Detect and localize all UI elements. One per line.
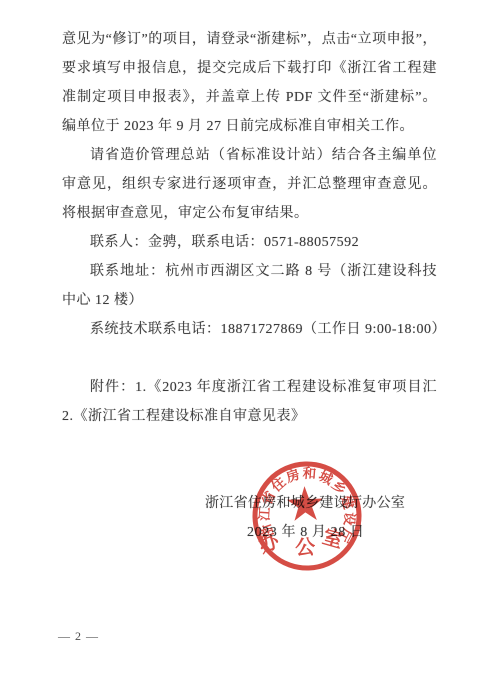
body-line: 准制定项目申报表》，并盖章上传 PDF 文件至“浙建标”。各主 [62, 83, 437, 112]
star-icon [286, 485, 323, 521]
body-line: 意见为“修订”的项目，请登录“浙建标”，点击“立项申报”，按 [62, 25, 437, 54]
body-line: 请省造价管理总站（省标准设计站）结合各主编单位的自 [62, 141, 437, 170]
attachment-line: 附件：1.《2023 年度浙江省工程建设标准复审项目汇总》 [62, 373, 437, 402]
contact-address-line: 联系地址：杭州市西湖区文二路 8 号（浙江建设科技研发 [62, 257, 437, 286]
seal-bottom-char: 公 [295, 536, 317, 560]
page-number: — 2 — [58, 629, 99, 644]
body-line: 将根据审查意见，审定公布复审结果。 [62, 199, 437, 228]
document-page: 意见为“修订”的项目，请登录“浙建标”，点击“立项申报”，按 要求填写申报信息，… [0, 0, 500, 676]
contact-person-line: 联系人：金骋，联系电话：0571-88057592 [62, 228, 437, 257]
attachment-line: 2.《浙江省工程建设标准自审意见表》 [62, 402, 437, 431]
body-line: 要求填写申报信息，提交完成后下载打印《浙江省工程建设标 [62, 54, 437, 83]
body-line: 审意见，组织专家进行逐项审查，并汇总整理审查意见。我厅 [62, 170, 437, 199]
support-phone-line: 系统技术联系电话：18871727869（工作日 9:00-18:00） [62, 315, 437, 344]
document-body: 意见为“修订”的项目，请登录“浙建标”，点击“立项申报”，按 要求填写申报信息，… [62, 25, 437, 431]
official-seal: 浙江省住房和城乡建设厅 办 公 室 [247, 456, 367, 576]
body-line: 编单位于 2023 年 9 月 27 日前完成标准自审相关工作。 [62, 112, 437, 141]
contact-address-line: 中心 12 楼） [62, 286, 437, 315]
